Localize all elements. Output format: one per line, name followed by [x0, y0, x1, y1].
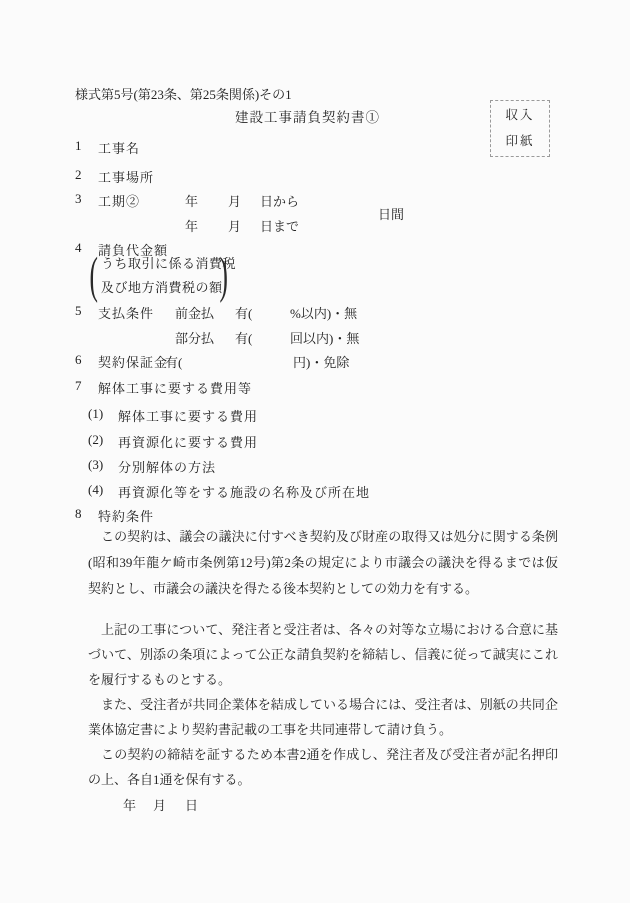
item-5-number: 5 — [75, 303, 82, 319]
advance-payment-label: 前金払 — [175, 303, 214, 322]
item-7-number: 7 — [75, 378, 82, 394]
document-page: 様式第5号(第23条、第25条関係)その1 建設工事請負契約書① 収入 印紙 1… — [0, 0, 630, 903]
item-4-number: 4 — [75, 240, 82, 256]
item-2-row: 2 工事場所 — [0, 167, 630, 183]
partial-payment-open: 有( — [235, 328, 252, 347]
advance-payment-open: 有( — [235, 303, 252, 322]
item-3-label: 工期② — [98, 191, 140, 210]
closing-paragraph-1: 上記の工事について、発注者と受注者は、各々の対等な立場における合意に基づいて、別… — [88, 617, 558, 692]
special-clause-paragraph: この契約は、議会の議決に付すべき契約及び財産の取得又は処分に関する条例(昭和39… — [88, 524, 558, 602]
item-8-number: 8 — [75, 506, 82, 522]
item-3-row: 3 工期② 年 月 日から — [0, 191, 630, 207]
item-7-label: 解体工事に要する費用等 — [98, 378, 252, 397]
item-1-label: 工事名 — [98, 138, 140, 157]
date-day-label: 日 — [185, 795, 198, 814]
period-from-month-label: 月 — [228, 191, 241, 210]
period-duration-label: 日間 — [378, 204, 404, 223]
item-7-row: 7 解体工事に要する費用等 — [0, 378, 630, 394]
closing-paragraphs: 上記の工事について、発注者と受注者は、各々の対等な立場における合意に基づいて、別… — [88, 617, 558, 792]
item-6-number: 6 — [75, 352, 82, 368]
stamp-label-line1: 収入 — [491, 102, 549, 128]
bracket-open: ( — [89, 246, 97, 304]
item-5-row: 5 支払条件 前金払 有( %以内)・無 — [0, 303, 630, 319]
closing-paragraph-2: また、受注者が共同企業体を結成している場合には、受注者は、別紙の共同企業体協定書… — [88, 692, 558, 742]
item-3-number: 3 — [75, 191, 82, 207]
item-6-row: 6 契約保証金 有( 円)・免除 — [0, 352, 630, 368]
special-clause-text: この契約は、議会の議決に付すべき契約及び財産の取得又は処分に関する条例(昭和39… — [88, 524, 558, 602]
period-to-month-label: 月 — [228, 216, 241, 235]
item-2-number: 2 — [75, 167, 82, 183]
partial-payment-close: 回以内)・無 — [290, 328, 359, 347]
sub-item-number: (3) — [88, 457, 103, 473]
item-7-sub1: (1) 解体工事に要する費用 — [0, 406, 630, 422]
period-from-year-label: 年 — [185, 191, 198, 210]
item-6-label: 契約保証金 — [98, 352, 168, 371]
contract-bond-open: 有( — [165, 352, 182, 371]
item-7-sub4: (4) 再資源化等をする施設の名称及び所在地 — [0, 482, 630, 498]
sub-item-label: 分別解体の方法 — [118, 457, 216, 476]
period-to-day-label: 日まで — [260, 216, 299, 235]
item-5-label: 支払条件 — [98, 303, 154, 322]
item-7-sub3: (3) 分別解体の方法 — [0, 457, 630, 473]
item-1-number: 1 — [75, 138, 82, 154]
item-7-sub2: (2) 再資源化に要する費用 — [0, 432, 630, 448]
sub-item-label: 再資源化に要する費用 — [118, 432, 258, 451]
sub-item-label: 解体工事に要する費用 — [118, 406, 258, 425]
item-8-row: 8 特約条件 — [0, 506, 630, 522]
contract-bond-close: 円)・免除 — [293, 352, 349, 371]
item-2-label: 工事場所 — [98, 167, 154, 186]
item-3-row2: 年 月 日まで 日間 — [0, 216, 630, 232]
item-1-row: 1 工事名 — [0, 138, 630, 154]
bracket-close: ) — [219, 246, 227, 304]
period-to-year-label: 年 — [185, 216, 198, 235]
item-5-row2: 部分払 有( 回以内)・無 — [0, 328, 630, 344]
sub-item-number: (4) — [88, 482, 103, 498]
form-number: 様式第5号(第23条、第25条関係)その1 — [75, 84, 292, 103]
date-year-label: 年 — [123, 795, 136, 814]
sub-item-label: 再資源化等をする施設の名称及び所在地 — [118, 482, 370, 501]
sub-item-number: (2) — [88, 432, 103, 448]
consumption-tax-note-lines: うち取引に係る消費税 及び地方消費税の額 — [101, 252, 236, 300]
consumption-tax-note-line2: 及び地方消費税の額 — [101, 276, 236, 300]
sub-item-number: (1) — [88, 406, 103, 422]
item-8-label: 特約条件 — [98, 506, 154, 525]
partial-payment-label: 部分払 — [175, 328, 214, 347]
date-month-label: 月 — [153, 795, 166, 814]
date-line: 年 月 日 — [0, 795, 630, 811]
advance-payment-close: %以内)・無 — [290, 303, 357, 322]
consumption-tax-note-line1: うち取引に係る消費税 — [101, 252, 236, 276]
period-from-day-label: 日から — [260, 191, 299, 210]
closing-paragraph-3: この契約の締結を証するため本書2通を作成し、発注者及び受注者が記名押印の上、各自… — [88, 742, 558, 792]
